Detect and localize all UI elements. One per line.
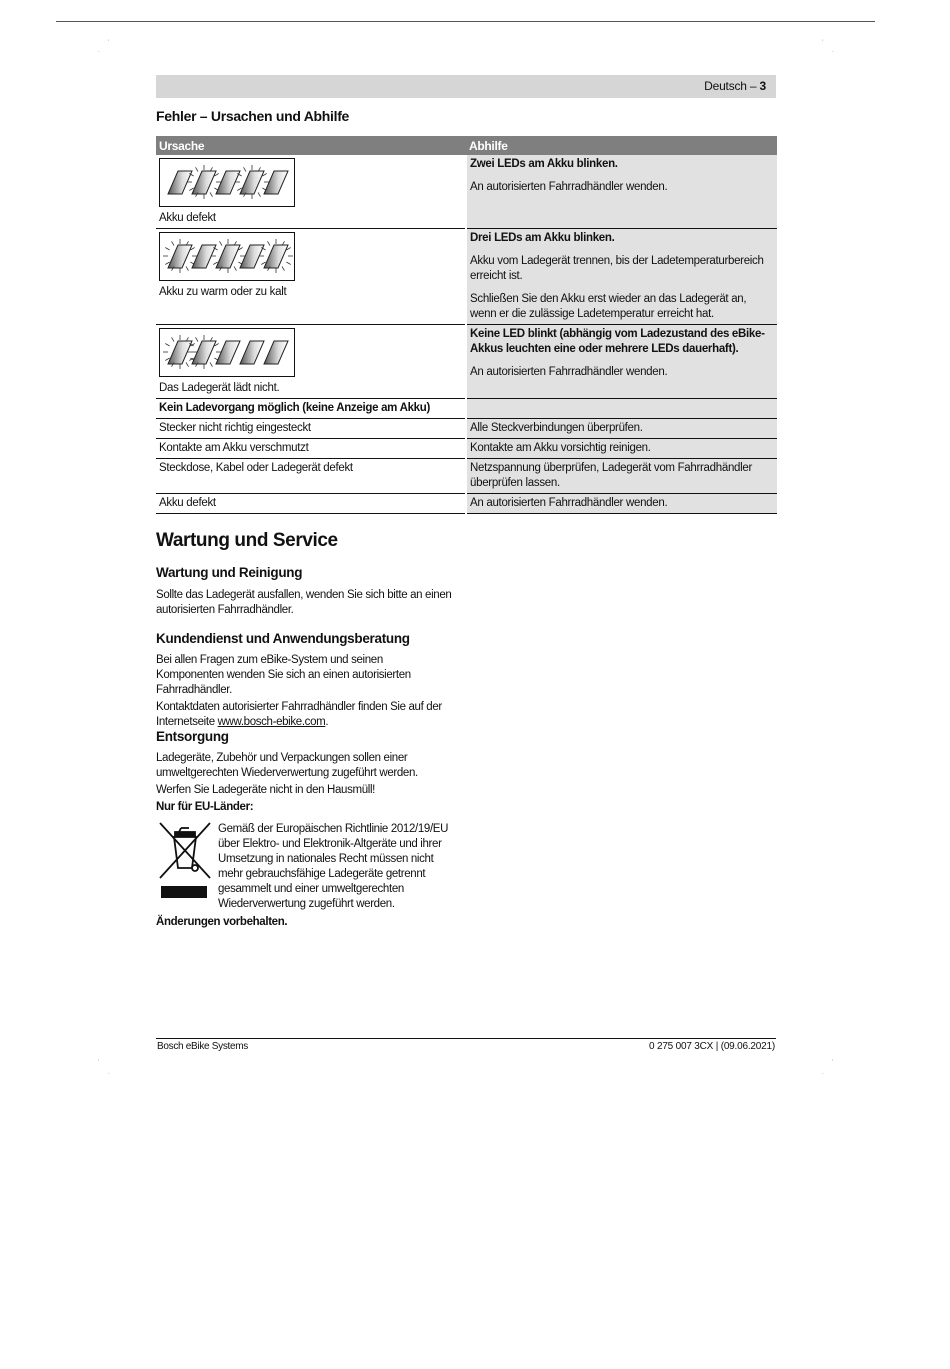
error-table: Ursache Abhilfe Akku defektZwei LEDs am … xyxy=(156,136,777,514)
cause-cell: Steckdose, Kabel oder Ladegerät defekt xyxy=(156,459,466,494)
table-row: Akku defektAn autorisierten Fahrradhändl… xyxy=(156,494,777,514)
bosch-ebike-link[interactable]: www.bosch-ebike.com xyxy=(218,716,326,728)
cause-cell: Akku defekt xyxy=(156,155,466,229)
crop-mark: ' xyxy=(108,40,109,46)
remedy-cell: An autorisierten Fahrradhändler wenden. xyxy=(466,494,777,514)
column-header-cause: Ursache xyxy=(156,136,466,155)
footer-brand: Bosch eBike Systems xyxy=(157,1041,248,1052)
page-number: 3 xyxy=(760,79,766,93)
weee-crossed-bin-icon xyxy=(157,820,213,902)
remedy-cell: Kontakte am Akku vorsichtig reinigen. xyxy=(466,439,777,459)
changes-reserved: Änderungen vorbehalten. xyxy=(156,915,456,930)
footer-doc-id: 0 275 007 3CX | (09.06.2021) xyxy=(649,1041,775,1052)
maintenance-text: Sollte das Ladegerät ausfallen, wenden S… xyxy=(156,588,456,620)
table-row: Stecker nicht richtig eingestecktAlle St… xyxy=(156,419,777,439)
cause-cell: Akku defekt xyxy=(156,494,466,514)
support-heading: Kundendienst und Anwendungsberatung xyxy=(156,631,410,646)
remedy-cell: Alle Steckverbindungen überprüfen. xyxy=(466,419,777,439)
crop-mark: . xyxy=(832,48,834,54)
crop-mark: ' xyxy=(822,40,823,46)
header-language: Deutsch xyxy=(704,79,747,93)
remedy-cell: Drei LEDs am Akku blinken.Akku vom Ladeg… xyxy=(466,229,777,325)
top-rule xyxy=(56,21,875,22)
crop-mark: . xyxy=(822,1070,824,1076)
table-row: Das Ladegerät lädt nicht.Keine LED blink… xyxy=(156,325,777,399)
remedy-cell: Netzspannung überprüfen, Ladegerät vom F… xyxy=(466,459,777,494)
service-title: Wartung und Service xyxy=(156,530,338,552)
crop-mark: . xyxy=(98,48,100,54)
battery-leds-two-blinking-icon xyxy=(159,158,295,207)
cause-cell: Das Ladegerät lädt nicht. xyxy=(156,325,466,399)
column-header-remedy: Abhilfe xyxy=(466,136,777,155)
table-subheading-row: Kein Ladevorgang möglich (keine Anzeige … xyxy=(156,399,777,419)
battery-leds-three-blinking-icon xyxy=(159,232,295,281)
errors-section-title: Fehler – Ursachen und Abhilfe xyxy=(156,108,349,124)
cause-cell: Akku zu warm oder zu kalt xyxy=(156,229,466,325)
battery-leds-none-blinking-icon xyxy=(159,328,295,377)
disposal-heading: Entsorgung xyxy=(156,729,229,744)
table-row: Steckdose, Kabel oder Ladegerät defektNe… xyxy=(156,459,777,494)
support-text: Bei allen Fragen zum eBike-System und se… xyxy=(156,653,451,732)
remedy-cell: Zwei LEDs am Akku blinken.An autorisiert… xyxy=(466,155,777,229)
remedy-cell: Keine LED blinkt (abhängig vom Ladezusta… xyxy=(466,325,777,399)
table-row: Kontakte am Akku verschmutztKontakte am … xyxy=(156,439,777,459)
table-row: Akku zu warm oder zu kaltDrei LEDs am Ak… xyxy=(156,229,777,325)
maintenance-heading: Wartung und Reinigung xyxy=(156,565,302,580)
table-row: Akku defektZwei LEDs am Akku blinken.An … xyxy=(156,155,777,229)
eu-directive-text: Gemäß der Europäischen Richtlinie 2012/1… xyxy=(218,822,458,912)
cause-cell: Kontakte am Akku verschmutzt xyxy=(156,439,466,459)
page-header: Deutsch – 3 xyxy=(156,75,776,98)
eu-label: Nur für EU-Länder: xyxy=(156,800,441,815)
crop-mark: ' xyxy=(98,1060,99,1066)
footer-rule xyxy=(156,1038,776,1039)
disposal-text: Ladegeräte, Zubehör und Verpackungen sol… xyxy=(156,751,441,817)
crop-mark: ' xyxy=(832,1060,833,1066)
cause-cell: Stecker nicht richtig eingesteckt xyxy=(156,419,466,439)
crop-mark: . xyxy=(108,1070,110,1076)
